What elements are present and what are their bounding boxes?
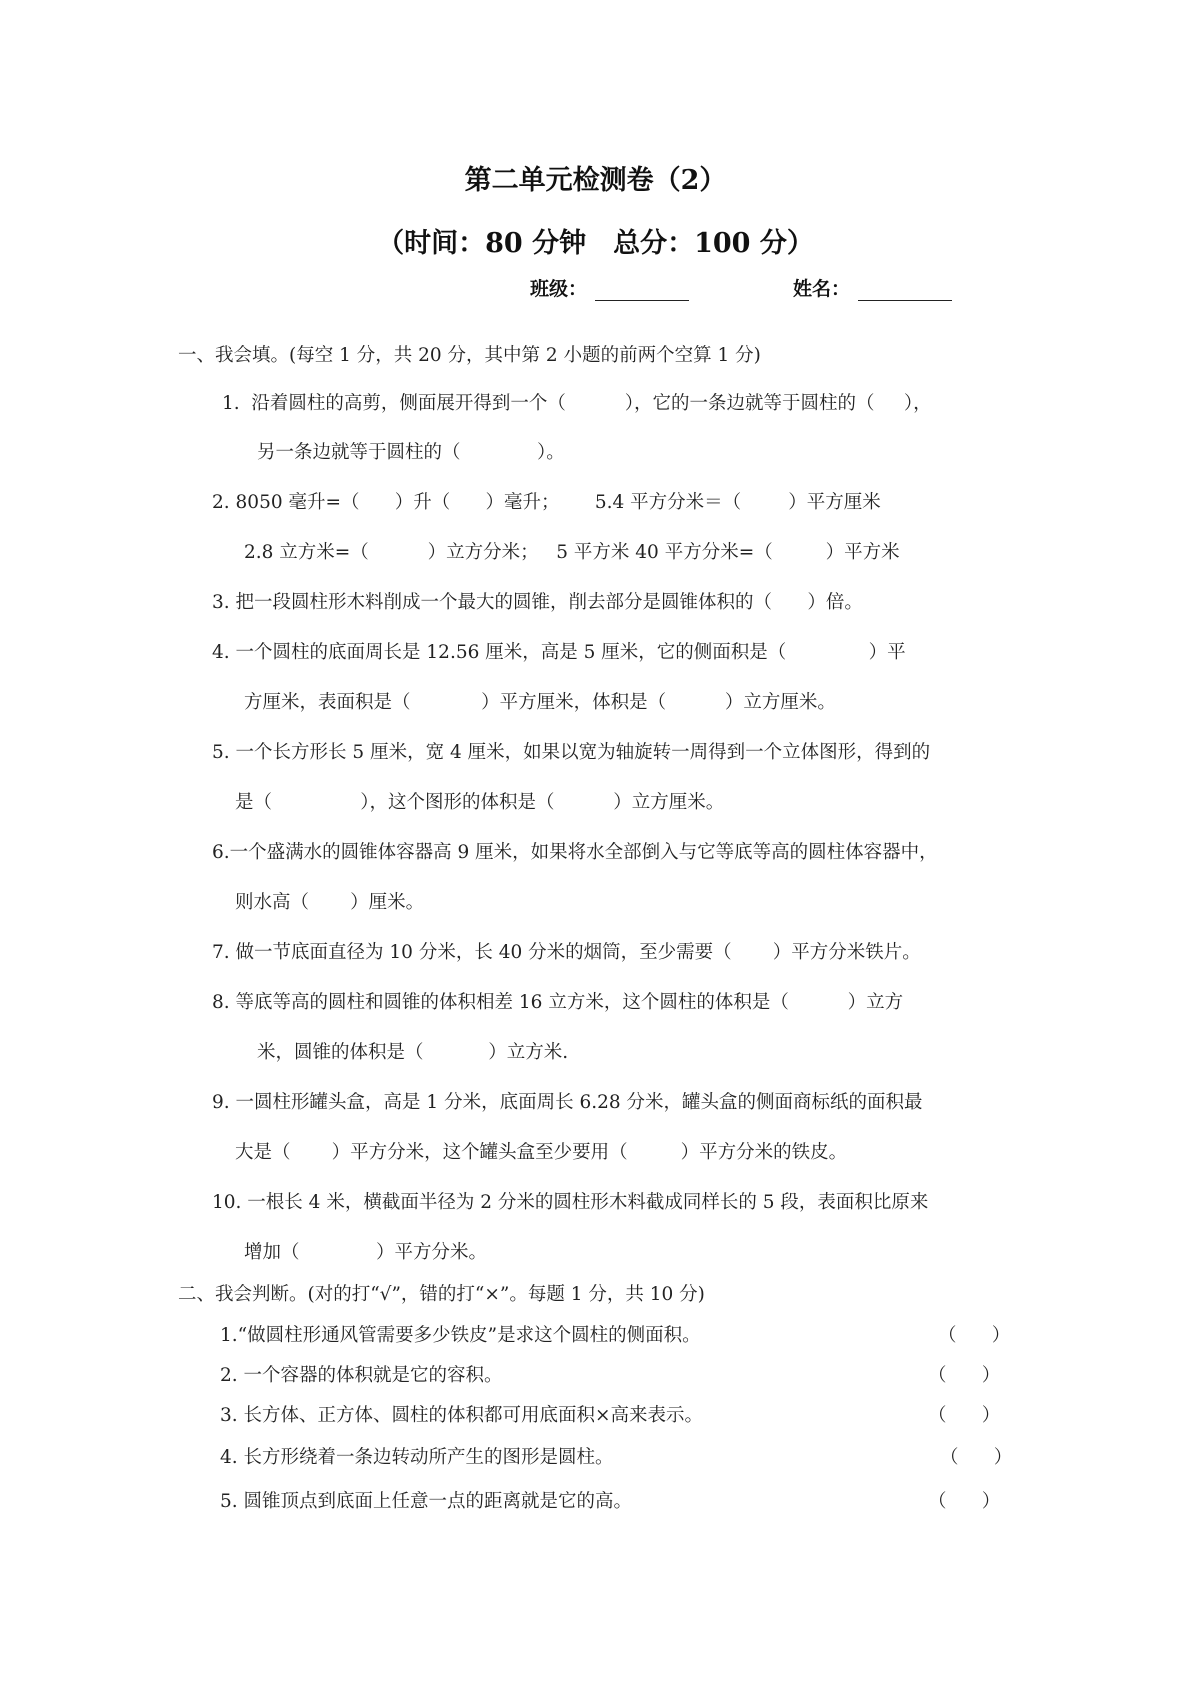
page-subtitle: （时间：80 分钟 总分：100 分） bbox=[0, 221, 1191, 260]
judge-answer-paren[interactable]: （ ） bbox=[938, 1324, 1010, 1348]
class-blank[interactable] bbox=[595, 280, 689, 301]
question-line: 10. 一根长 4 米，横截面半径为 2 分米的圆柱形木料截成同样长的 5 段，… bbox=[212, 1191, 928, 1215]
question-line: 是（ ），这个图形的体积是（ ）立方厘米。 bbox=[235, 791, 724, 815]
question-line: 4. 一个圆柱的底面周长是 12.56 厘米，高是 5 厘米，它的侧面积是（ ）… bbox=[212, 641, 906, 665]
question-line: 2. 8050 毫升=（ ）升（ ）毫升； 5.4 平方分米＝（ ）平方厘米 bbox=[212, 491, 881, 515]
question-line: 6.一个盛满水的圆锥体容器高 9 厘米，如果将水全部倒入与它等底等高的圆柱体容器… bbox=[212, 841, 938, 865]
question-line: 7. 做一节底面直径为 10 分米，长 40 分米的烟筒，至少需要（ ）平方分米… bbox=[212, 941, 921, 965]
exam-page: 第二单元检测卷（2） （时间：80 分钟 总分：100 分） 班级： 姓名： 一… bbox=[0, 0, 1191, 1684]
question-line: 方厘米，表面积是（ ）平方厘米，体积是（ ）立方厘米。 bbox=[244, 691, 836, 715]
question-line: 则水高（ ）厘米。 bbox=[235, 891, 424, 915]
question-line: 大是（ ）平方分米，这个罐头盒至少要用（ ）平方分米的铁皮。 bbox=[235, 1141, 847, 1165]
question-line: 5. 一个长方形长 5 厘米，宽 4 厘米，如果以宽为轴旋转一周得到一个立体图形… bbox=[212, 741, 930, 765]
judge-item: 3. 长方体、正方体、圆柱的体积都可用底面积×高来表示。 bbox=[220, 1404, 703, 1428]
judge-answer-paren[interactable]: （ ） bbox=[940, 1446, 1012, 1470]
class-label: 班级： bbox=[530, 278, 587, 300]
page-title: 第二单元检测卷（2） bbox=[0, 158, 1191, 197]
question-line: 2.8 立方米=（ ）立方分米； 5 平方米 40 平方分米=（ ）平方米 bbox=[244, 541, 900, 565]
judge-answer-paren[interactable]: （ ） bbox=[928, 1490, 1000, 1514]
judge-answer-paren[interactable]: （ ） bbox=[928, 1404, 1000, 1428]
question-line: 另一条边就等于圆柱的（ ）。 bbox=[257, 441, 565, 465]
name-label: 姓名： bbox=[793, 278, 850, 300]
judge-item: 1.“做圆柱形通风管需要多少铁皮”是求这个圆柱的侧面积。 bbox=[220, 1324, 701, 1348]
question-line: 3. 把一段圆柱形木料削成一个最大的圆锥，削去部分是圆锥体积的（ ）倍。 bbox=[212, 591, 863, 615]
question-line: 8. 等底等高的圆柱和圆锥的体积相差 16 立方米，这个圆柱的体积是（ ）立方 bbox=[212, 991, 903, 1015]
question-line: 米，圆锥的体积是（ ）立方米. bbox=[257, 1041, 568, 1065]
judge-item: 5. 圆锥顶点到底面上任意一点的距离就是它的高。 bbox=[220, 1490, 632, 1514]
name-blank[interactable] bbox=[858, 280, 952, 301]
judge-item: 2. 一个容器的体积就是它的容积。 bbox=[220, 1364, 503, 1388]
judge-answer-paren[interactable]: （ ） bbox=[928, 1364, 1000, 1388]
question-line: 9. 一圆柱形罐头盒，高是 1 分米，底面周长 6.28 分米，罐头盒的侧面商标… bbox=[212, 1091, 923, 1115]
question-line: 增加（ ）平方分米。 bbox=[244, 1241, 487, 1265]
name-field: 姓名： bbox=[793, 274, 952, 301]
judge-item: 4. 长方形绕着一条边转动所产生的图形是圆柱。 bbox=[220, 1446, 614, 1470]
section1-heading: 一、我会填。(每空 1 分，共 20 分，其中第 2 小题的前两个空算 1 分) bbox=[178, 344, 761, 368]
section2-heading: 二、我会判断。(对的打“√”，错的打“×”。每题 1 分，共 10 分) bbox=[178, 1283, 705, 1307]
question-line: 1. 沿着圆柱的高剪，侧面展开得到一个（ ），它的一条边就等于圆柱的（ ）， bbox=[222, 392, 932, 416]
class-field: 班级： bbox=[530, 274, 689, 301]
